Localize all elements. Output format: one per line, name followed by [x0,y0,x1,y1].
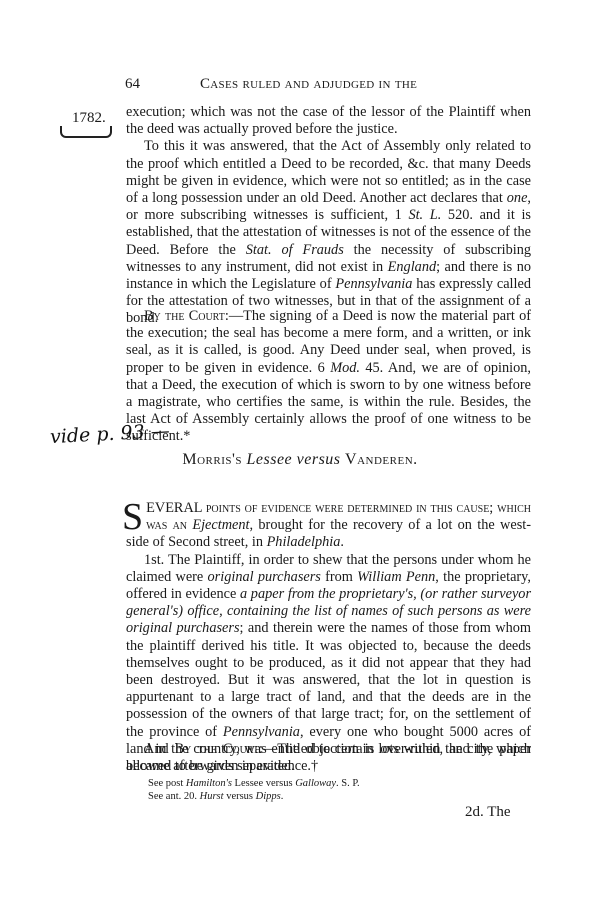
margin-brace-icon [60,126,112,138]
drop-cap: S [122,502,143,532]
paragraph: To this it was answered, that the Act of… [126,138,531,327]
case-title: Morris's Lessee versus Vanderen. [0,451,600,469]
argument-section: execution; which was not the case of the… [126,104,531,328]
paragraph: And By the Court:—The objection is over-… [126,741,531,775]
footnote: See ant. 20. Hurst versus Dipps. [148,790,360,803]
paragraph: By the Court:—The signing of a Deed is n… [126,308,531,446]
margin-year: 1782. [72,110,106,127]
catchword: 2d. The [465,804,511,821]
court-ruling: And By the Court:—The objection is over-… [126,741,531,775]
running-title: Cases ruled and adjudged in the [200,76,417,93]
page-number: 64 [125,76,140,93]
footnotes: See post Hamilton's Lessee versus Gallow… [148,777,360,803]
footnote: See post Hamilton's Lessee versus Gallow… [148,777,360,790]
court-label: By the Court [144,308,225,324]
paragraph: execution; which was not the case of the… [126,104,531,138]
document-page: 64 Cases ruled and adjudged in the 1782.… [0,0,600,903]
paragraph: SEVERAL points of evidence were determin… [126,500,531,552]
court-opinion: By the Court:—The signing of a Deed is n… [126,308,531,446]
case-body: SEVERAL points of evidence were determin… [126,500,531,775]
